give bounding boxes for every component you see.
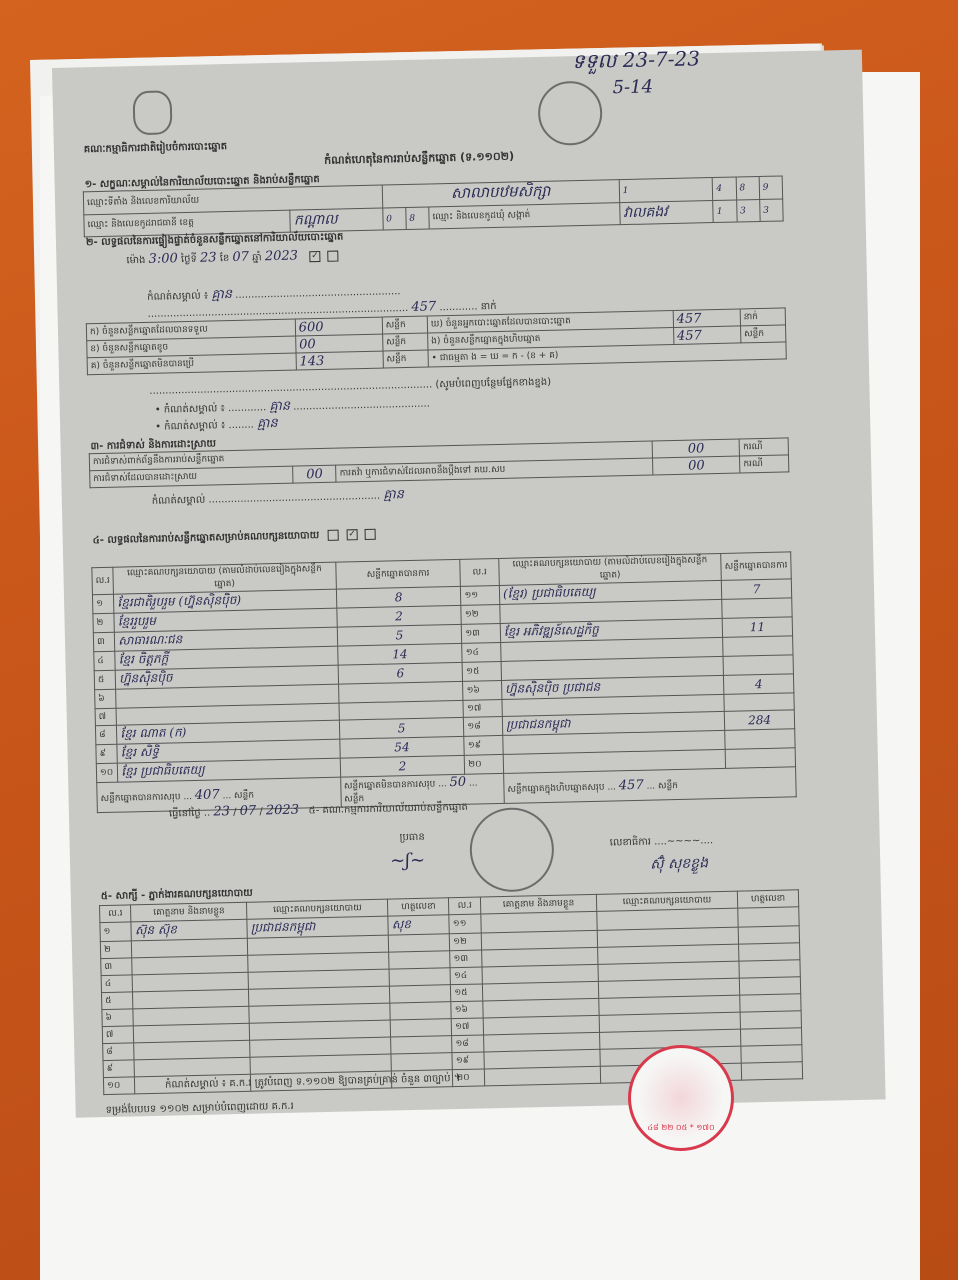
row-no: ៩ <box>103 1060 135 1078</box>
hint-line: ........................................… <box>149 375 551 399</box>
form-sheet: ទទួល 23-7-23 5-14 គណៈកម្មាធិការជាតិរៀបចំ… <box>52 50 886 1118</box>
unit: សន្លឹក <box>382 316 428 334</box>
row-no: ១១ <box>449 914 481 934</box>
made-on-label: ធ្វើនៅថ្ងៃ <box>169 808 201 820</box>
unit: ករណី <box>740 455 789 473</box>
votes <box>723 636 793 657</box>
complaints-value: 00 <box>652 439 739 458</box>
chair-label: ប្រធាន <box>399 830 425 846</box>
form-title: កំណត់ហេតុនៃការរាប់សន្លឹកឆ្នោត (ទ.១១០២) <box>324 150 514 170</box>
sheets-one-checkbox[interactable] <box>328 529 339 540</box>
witness-signature <box>739 943 800 961</box>
row-no: ២ <box>93 613 115 632</box>
total-invalid-label: សន្លឹកឆ្នោតមិនបានការសរុប <box>344 779 436 791</box>
row-no: ១២ <box>461 604 500 624</box>
row-no: ១០ <box>103 1077 135 1095</box>
votes <box>725 748 795 769</box>
col-sign: ហត្ថលេខា <box>388 898 449 916</box>
total-box-value: 457 <box>619 777 644 793</box>
row-no: ២ <box>100 941 132 959</box>
red-stamp-text: ៤៨ ២២ ០៥ * ១៧០ <box>647 1122 714 1134</box>
row-no: ១៨ <box>452 1035 484 1053</box>
row-no: ១៥ <box>463 661 502 681</box>
committee-seal-icon <box>537 81 602 146</box>
col-no: ល.រ <box>100 905 132 923</box>
ballots-unused-label: គ) ចំនួនសន្លឹកឆ្នោតមិនបានប្រើ <box>87 353 296 375</box>
votes <box>723 655 793 676</box>
witness-signature <box>389 968 450 986</box>
row-no: ១៣ <box>462 623 501 643</box>
code-digit: 4 <box>713 177 737 201</box>
incorrect-checkbox[interactable] <box>328 250 339 261</box>
time-annotation: 5-14 <box>612 76 653 98</box>
voters-came-value: 457 <box>411 299 436 315</box>
code-digit: 3 <box>759 199 783 222</box>
emblem-icon <box>133 90 173 135</box>
code-digit: 1 <box>713 200 737 223</box>
red-official-stamp-icon: ៤៨ ២២ ០៥ * ១៧០ <box>628 1045 734 1151</box>
votes: 11 <box>722 617 792 638</box>
votes: 4 <box>724 674 794 695</box>
row-no: ១១ <box>461 585 500 605</box>
note2-value: គ្មាន <box>269 399 290 414</box>
resolved-value: 00 <box>293 465 337 483</box>
row-no: ១៣ <box>450 950 482 968</box>
chair-signature: ~ʃ~ <box>390 850 426 872</box>
resolved-label: ការជំទាស់ដែលបានដោះស្រាយ <box>90 466 294 488</box>
row-no: ១៤ <box>450 967 482 985</box>
correct-checkbox[interactable]: ✓ <box>309 250 320 261</box>
witness-signature <box>738 907 799 927</box>
row-no: ១៩ <box>452 1052 484 1070</box>
col-votes: សន្លឹកឆ្នោតបានការ <box>335 559 461 589</box>
row-no: ១ <box>92 594 114 613</box>
row-no: ៣ <box>101 958 133 976</box>
date-year: 2023 <box>265 248 298 264</box>
witness-signature <box>740 1028 801 1046</box>
row-no: ១០ <box>96 763 118 782</box>
col-no: ល.រ <box>92 567 114 594</box>
sheets-three-checkbox[interactable] <box>365 528 376 539</box>
ballots-in-box-value: 457 <box>673 326 740 345</box>
commune-label: ឈ្មោះ និងលេខកូដឃុំ សង្កាត់ <box>429 203 620 229</box>
code-digit: 8 <box>736 176 760 200</box>
witness-name <box>484 1066 600 1086</box>
row-no: ៣ <box>93 632 115 651</box>
total-box-label: សន្លឹកឆ្នោតក្នុងហិបឆ្នោតសរុប <box>507 782 604 794</box>
votes <box>725 729 795 750</box>
code-digit: 9 <box>759 176 783 200</box>
witness-signature <box>739 960 800 978</box>
section4-title-text: ៤- លទ្ធផលនៃការរាប់សន្លឹកឆ្នោតសម្រាប់គណបក… <box>93 530 320 546</box>
received-annotation: ទទួល 23-7-23 <box>572 45 701 78</box>
unit: សន្លឹក <box>234 790 254 800</box>
row-no: ៦ <box>95 689 117 708</box>
secretary-name: ស៊ុំ សុខខ្លួង <box>650 853 708 875</box>
row-no: ១៤ <box>462 642 501 662</box>
total-valid-label: សន្លឹកឆ្នោតបានការសរុប <box>100 792 180 804</box>
made-year: 2023 <box>266 803 299 819</box>
date-month: 07 <box>232 250 249 265</box>
note3-line: • កំណត់សម្គាល់ ៖ ........ គ្មាន <box>155 415 278 437</box>
row-no: ៥ <box>101 992 133 1010</box>
code-digit: 3 <box>736 199 760 222</box>
row-no: ១៥ <box>451 984 483 1002</box>
province-code-digit: 8 <box>406 207 430 230</box>
votes: 284 <box>724 710 794 731</box>
appeal-value: 00 <box>653 456 740 475</box>
col-no: ល.រ <box>449 897 481 915</box>
row-no: ១៩ <box>464 735 503 755</box>
time-value: 3:00 <box>148 251 178 267</box>
row-no: ៨ <box>95 725 117 744</box>
party-results-table: ល.រ ឈ្មោះគណបក្សនយោបាយ (តាមលំដាប់លេខរៀងក្… <box>91 551 796 813</box>
row-no: ៥ <box>94 670 116 689</box>
col-sign: ហត្ថលេខា <box>737 890 798 908</box>
sheets-two-checkbox[interactable]: ✓ <box>346 529 357 540</box>
made-day: 23 <box>213 804 230 819</box>
unit: សន្លឹក <box>740 325 786 343</box>
witness-signature: សុខ <box>388 915 449 935</box>
votes: 7 <box>721 579 791 600</box>
voters-value: 457 <box>673 309 740 328</box>
row-no: ៧ <box>102 1026 134 1044</box>
ballots-received-value: 600 <box>295 317 382 336</box>
votes <box>722 598 792 619</box>
row-no: ១៧ <box>463 699 502 717</box>
witness-signature <box>391 1036 452 1054</box>
row-no: ១៦ <box>451 1001 483 1019</box>
total-invalid-value: 50 <box>449 775 466 790</box>
row-no: ៦ <box>102 1009 134 1027</box>
row-no: ១ <box>100 922 132 942</box>
verification-time-line: ម៉ោង 3:00 ថ្ងៃទី 23 ខែ 07 ឆ្នាំ 2023 ✓ <box>126 248 341 269</box>
hint-text: (សូមបំពេញបន្ថែមផ្នែកខាងខ្នង) <box>435 377 551 391</box>
row-no: ៤ <box>101 975 133 993</box>
note3-value: គ្មាន <box>257 416 278 431</box>
province-code-digit: 0 <box>382 208 406 231</box>
col-no: ល.រ <box>460 558 499 586</box>
unit: សន្លឹក <box>658 780 678 790</box>
witness-signature <box>741 1062 802 1080</box>
col-votes: សន្លឹកឆ្នោតបានការ <box>721 552 791 581</box>
row-no: ១៧ <box>451 1018 483 1036</box>
ballots-spoiled-value: 00 <box>295 334 382 353</box>
section3-note-value: គ្មាន <box>383 487 404 502</box>
votes <box>724 693 794 712</box>
witness-signature <box>390 985 451 1003</box>
province-value: កណ្តាល <box>290 208 383 232</box>
note1-value: គ្មាន <box>211 287 232 302</box>
unit: សន្លឹក <box>382 333 428 351</box>
code-digit: 1 <box>619 178 713 203</box>
row-no: ៩ <box>96 744 118 763</box>
row-no: ៤ <box>94 651 116 670</box>
date-day: 23 <box>200 250 217 265</box>
committee-label: ៥- គណៈកម្មការការិយាល័យរាប់សន្លឹកឆ្នោត <box>308 802 467 817</box>
row-no: ៨ <box>103 1043 135 1061</box>
witness-signature <box>740 1011 801 1029</box>
row-no: ១៦ <box>463 680 502 700</box>
unit: ករណី <box>739 438 788 456</box>
witness-signature <box>391 1053 452 1071</box>
witness-signature <box>740 994 801 1012</box>
row-no: ២០ <box>465 754 504 774</box>
office-seal-icon <box>469 807 555 893</box>
unit: សន្លឹក <box>383 350 429 368</box>
row-no: ៧ <box>95 708 117 725</box>
section3-note: កំណត់សម្គាល់ ...........................… <box>152 486 404 511</box>
witness-signature <box>390 1002 451 1020</box>
witness-signature <box>739 977 800 995</box>
secretary-line: លេខាធិការ ....~~~~.... <box>610 833 714 850</box>
unit: នាក់ <box>740 308 786 326</box>
witness-signature <box>391 1019 452 1037</box>
commune-value: វាលគងវ <box>619 201 713 225</box>
witness-signature <box>741 1045 802 1063</box>
total-box-cell: សន្លឹកឆ្នោតក្នុងហិបឆ្នោតសរុប ... 457 ...… <box>504 767 797 804</box>
witness-signature <box>389 951 450 969</box>
witness-signature <box>389 934 450 952</box>
row-no: ១២ <box>450 933 482 951</box>
witness-signature <box>738 926 799 944</box>
ballots-unused-value: 143 <box>296 351 383 370</box>
secretary-label: លេខាធិការ <box>610 837 652 849</box>
made-month: 07 <box>239 804 256 819</box>
witness-name: ស៊ុន ស៊ុខ <box>131 919 247 941</box>
section4-title: ៤- លទ្ធផលនៃការរាប់សន្លឹកឆ្នោតសម្រាប់គណបក… <box>93 527 379 548</box>
row-no: ១៨ <box>464 716 503 736</box>
committee-name: គណៈកម្មាធិការជាតិរៀបចំការបោះឆ្នោត <box>84 139 228 157</box>
total-valid-value: 407 <box>195 787 220 803</box>
